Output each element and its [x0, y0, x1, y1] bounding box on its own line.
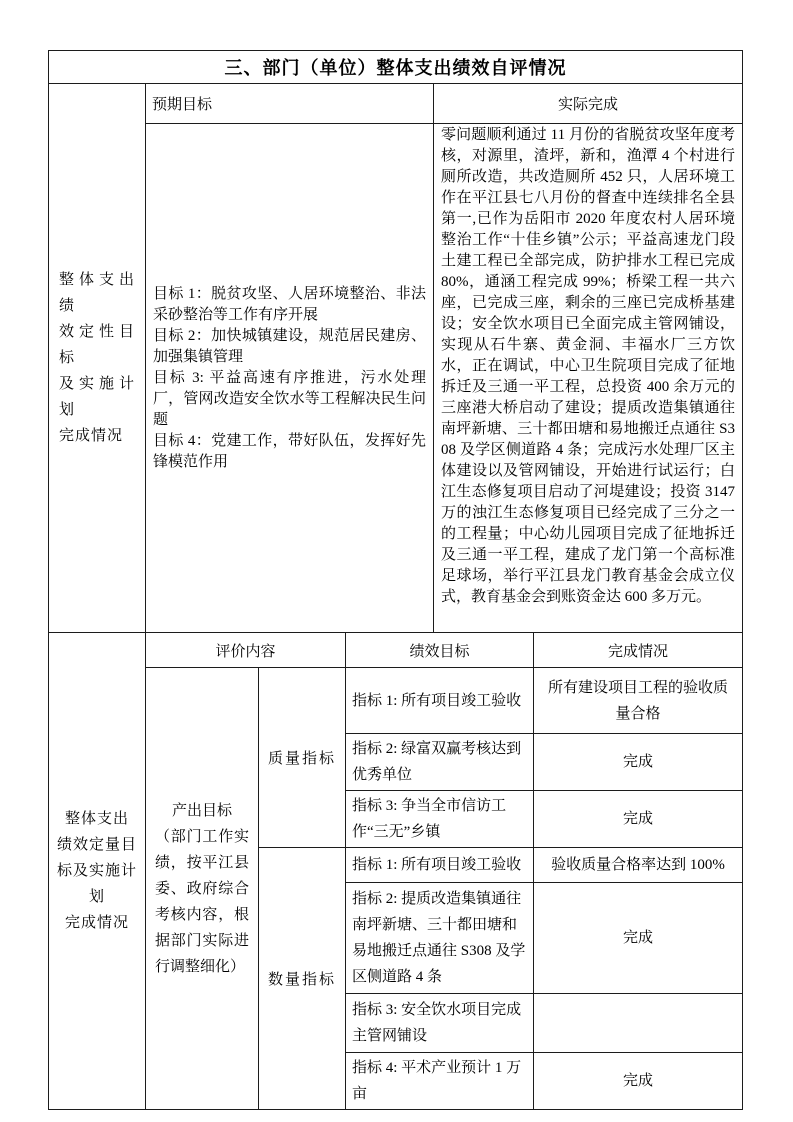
quality-indicator-label: 质量指标 — [259, 668, 346, 848]
row-header-line: 及实施计划 — [59, 371, 135, 423]
quantitative-indicators-table: 整体支出 绩效定量目 标及实施计 划 完成情况 评价内容 绩效目标 完成情况 产… — [48, 632, 743, 1110]
self-evaluation-table: 三、部门（单位）整体支出绩效自评情况 整体支出绩 效定性目标 及实施计划 完成情… — [48, 50, 742, 1110]
goal-item-4: 目标 4：党建工作，带好队伍，发挥好先锋模范作用 — [153, 431, 426, 473]
document-page: 三、部门（单位）整体支出绩效自评情况 整体支出绩 效定性目标 及实施计划 完成情… — [0, 0, 793, 1122]
row-header-quantitative: 整体支出 绩效定量目 标及实施计 划 完成情况 — [49, 633, 146, 1110]
output-goal-title: 产出目标 — [155, 798, 249, 824]
row-header-qualitative: 整体支出绩 效定性目标 及实施计划 完成情况 — [49, 84, 146, 633]
quantity-target-1: 指标 1: 所有项目竣工验收 — [346, 848, 534, 883]
quality-target-1: 指标 1: 所有项目竣工验收 — [346, 668, 534, 734]
qualitative-goals-table: 三、部门（单位）整体支出绩效自评情况 整体支出绩 效定性目标 及实施计划 完成情… — [48, 50, 743, 633]
quality-target-3: 指标 3: 争当全市信访工作“三无”乡镇 — [346, 791, 534, 848]
row-header-line: 完成情况 — [49, 910, 145, 936]
column-header-evaluation-content: 评价内容 — [146, 633, 346, 668]
quality-target-2: 指标 2: 绿富双赢考核达到优秀单位 — [346, 734, 534, 791]
quantity-target-3: 指标 3: 安全饮水项目完成主管网铺设 — [346, 994, 534, 1053]
quality-completion-1: 所有建设项目工程的验收质量合格 — [534, 668, 743, 734]
actual-completion-cell: 零问题顺利通过 11 月份的省脱贫攻坚年度考核，对源里，渣坪，新和，渔潭 4 个… — [434, 124, 743, 633]
output-goal-cell: 产出目标 （部门工作实绩，按平江县委、政府综合考核内容，根据部门实际进行调整细化… — [146, 668, 259, 1110]
quantity-completion-1: 验收质量合格率达到 100% — [534, 848, 743, 883]
row-header-line: 效定性目标 — [59, 319, 135, 371]
quantity-target-2: 指标 2: 提质改造集镇通往南坪新塘、三十都田塘和易地搬迁点通往 S308 及学… — [346, 883, 534, 994]
expected-goals-cell: 目标 1：脱贫攻坚、人居环境整治、非法采砂整治等工作有序开展 目标 2：加快城镇… — [146, 124, 434, 633]
output-goal-note: （部门工作实绩，按平江县委、政府综合考核内容，根据部门实际进行调整细化） — [155, 824, 249, 980]
quantity-completion-3 — [534, 994, 743, 1053]
goal-item-2: 目标 2：加快城镇建设，规范居民建房、加强集镇管理 — [153, 326, 426, 368]
row-header-line: 标及实施计 — [49, 858, 145, 884]
quality-completion-2: 完成 — [534, 734, 743, 791]
section-title: 三、部门（单位）整体支出绩效自评情况 — [49, 51, 743, 84]
quality-completion-3: 完成 — [534, 791, 743, 848]
goal-item-3: 目标 3: 平益高速有序推进，污水处理厂，管网改造安全饮水等工程解决民生问题 — [153, 368, 426, 431]
quantity-indicator-label: 数量指标 — [259, 848, 346, 1110]
quantity-completion-4: 完成 — [534, 1053, 743, 1110]
row-header-line: 整体支出 — [49, 806, 145, 832]
quantity-completion-2: 完成 — [534, 883, 743, 994]
row-header-line: 完成情况 — [59, 423, 135, 449]
row-header-line: 绩效定量目 — [49, 832, 145, 858]
goal-item-1: 目标 1：脱贫攻坚、人居环境整治、非法采砂整治等工作有序开展 — [153, 284, 426, 326]
row-header-line: 划 — [49, 884, 145, 910]
column-header-actual-completion: 实际完成 — [434, 84, 743, 124]
row-header-line: 整体支出绩 — [59, 267, 135, 319]
column-header-completion-status: 完成情况 — [534, 633, 743, 668]
column-header-expected-goal: 预期目标 — [146, 84, 434, 124]
quantity-target-4: 指标 4: 平术产业预计 1 万亩 — [346, 1053, 534, 1110]
column-header-performance-target: 绩效目标 — [346, 633, 534, 668]
